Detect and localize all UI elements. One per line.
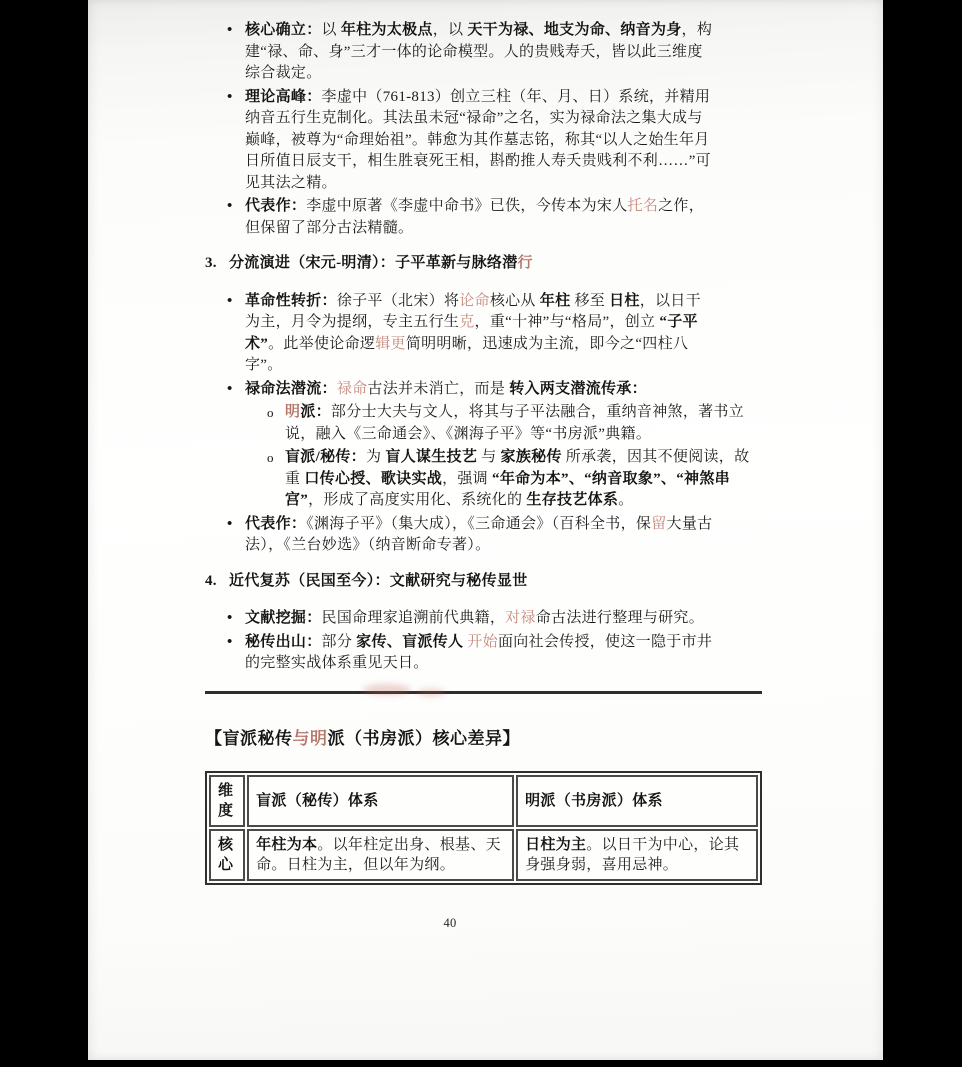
text-segment: 生存技艺体系 <box>526 492 618 508</box>
text-segment: 分流演进（宋元-明清）：子平革新与脉络潜 <box>229 255 518 271</box>
text-segment: 派（书房派）核心差异】 <box>328 729 521 748</box>
bullet-marker: • <box>227 87 245 195</box>
faded-watermark-text: 托名 <box>628 198 659 214</box>
bullet-text: 革命性转折：徐子平（北宋）将论命核心从 年柱 移至 日柱，以日干为主，月令为提纲… <box>245 291 714 377</box>
watermark-smudge <box>417 688 445 697</box>
section-number: 4. <box>205 571 229 593</box>
section-number: 3. <box>205 253 229 275</box>
bullet-item: •革命性转折：徐子平（北宋）将论命核心从 年柱 移至 日柱，以日干为主，月令为提… <box>227 291 714 377</box>
faded-watermark-text: 明 <box>285 404 300 420</box>
photo-background: •核心确立：以 年柱为太极点，以 天干为禄、地支为命、纳音为身，构建“禄、命、身… <box>0 0 962 1067</box>
bullet-marker: • <box>227 632 245 675</box>
text-segment: 【盲派秘传 <box>205 729 293 748</box>
comparison-heading: 【盲派秘传与明派（书房派）核心差异】 <box>205 728 762 750</box>
text-segment: 李虚中原著《李虚中命书》已佚，今传本为宋人 <box>306 198 627 214</box>
faded-watermark-text: 开始 <box>467 634 498 650</box>
table-header-cell: 明派（书房派）体系 <box>516 775 758 827</box>
text-segment: 命古法进行整理与研究。 <box>536 610 704 626</box>
faded-watermark-text: 留 <box>651 516 666 532</box>
text-segment: 口传心授、歌诀实战 <box>304 471 442 487</box>
section-title: 近代复苏（民国至今）：文献研究与秘传显世 <box>229 571 528 593</box>
table-dimension-cell: 核心 <box>209 829 245 881</box>
faded-watermark-text: 行 <box>518 255 533 271</box>
sub-bullet-marker: o <box>267 402 285 445</box>
section-heading: 3.分流演进（宋元-明清）：子平革新与脉络潜行 <box>205 253 762 275</box>
text-segment: 近代复苏（民国至今）：文献研究与秘传显世 <box>229 573 528 589</box>
comparison-table: 维度盲派（秘传）体系明派（书房派）体系核心年柱为本。以年柱定出身、根基、天命。日… <box>205 771 762 885</box>
text-segment: 核心从 <box>490 293 540 309</box>
bullet-item: •代表作：《渊海子平》（集大成），《三命通会》（百科全书，保留大量古法），《兰台… <box>227 514 714 557</box>
text-segment: ，重“十神”与“格局”，创立 <box>475 314 660 330</box>
text-segment: 为 <box>366 449 385 465</box>
faded-watermark-text: 对禄 <box>505 610 536 626</box>
text-segment: 天干为禄、地支为命、纳音为身 <box>467 22 681 38</box>
section-heading: 4.近代复苏（民国至今）：文献研究与秘传显世 <box>205 571 762 593</box>
text-segment: 家传、盲派传人 <box>356 634 463 650</box>
bullet-item: •禄命法潜流：禄命古法并未消亡，而是 转入两支潜流传承： <box>227 379 714 401</box>
text-segment: 盲人谋生技艺 <box>385 449 477 465</box>
document-content: •核心确立：以 年柱为太极点，以 天干为禄、地支为命、纳音为身，构建“禄、命、身… <box>205 0 762 935</box>
sub-bullet-item: o明派：部分士大夫与文人，将其与子平法融合，重纳音神煞，著书立说，融入《三命通会… <box>267 402 757 445</box>
bullet-marker: • <box>227 379 245 401</box>
text-segment: 。此举使论命逻 <box>268 336 375 352</box>
text-segment: 核心确立： <box>245 22 322 38</box>
faded-watermark-text: 克 <box>459 314 474 330</box>
faded-watermark-text: 辑更 <box>375 336 406 352</box>
text-segment: 。 <box>618 492 633 508</box>
document-page: •核心确立：以 年柱为太极点，以 天干为禄、地支为命、纳音为身，构建“禄、命、身… <box>88 0 883 1060</box>
bullet-marker: • <box>227 514 245 557</box>
table-cell: 日柱为主。以日干为中心，论其身强身弱，喜用忌神。 <box>516 829 758 881</box>
text-segment: 以 <box>322 22 341 38</box>
comparison-table-body: 维度盲派（秘传）体系明派（书房派）体系核心年柱为本。以年柱定出身、根基、天命。日… <box>209 775 758 881</box>
text-segment: 年柱为太极点 <box>341 22 433 38</box>
section-title: 分流演进（宋元-明清）：子平革新与脉络潜行 <box>229 253 533 275</box>
bullet-text: 明派：部分士大夫与文人，将其与子平法融合，重纳音神煞，著书立说，融入《三命通会》… <box>285 402 757 445</box>
text-segment: 年柱为本 <box>256 837 317 853</box>
bullet-text: 代表作：李虚中原著《李虚中命书》已佚，今传本为宋人托名之作，但保留了部分古法精髓… <box>245 196 714 239</box>
page-number: 40 <box>205 913 695 935</box>
faded-watermark-text: 与明 <box>293 729 328 748</box>
text-segment: 转入两支潜流传承： <box>509 381 647 397</box>
text-segment: 盲派/秘传： <box>285 449 366 465</box>
faded-watermark-text: 论命 <box>459 293 490 309</box>
sub-bullet-item: o盲派/秘传：为 盲人谋生技艺 与 家族秘传 所承袭，因其不便阅读，故重 口传心… <box>267 447 757 512</box>
bullet-text: 秘传出山：部分 家传、盲派传人 开始面向社会传授，使这一隐于市井的完整实战体系重… <box>245 632 714 675</box>
table-header-row: 维度盲派（秘传）体系明派（书房派）体系 <box>209 775 758 827</box>
text-segment: 年柱 <box>540 293 571 309</box>
table-header-cell: 盲派（秘传）体系 <box>247 775 514 827</box>
text-segment: 革命性转折： <box>245 293 337 309</box>
bullet-text: 代表作：《渊海子平》（集大成），《三命通会》（百科全书，保留大量古法），《兰台妙… <box>245 514 714 557</box>
table-cell: 年柱为本。以年柱定出身、根基、天命。日柱为主，但以年为纲。 <box>247 829 514 881</box>
bullet-marker: • <box>227 196 245 239</box>
bullet-marker: • <box>227 20 245 85</box>
text-segment: 移至 <box>570 293 609 309</box>
bullet-marker: • <box>227 608 245 630</box>
bullet-item: •理论高峰：李虚中（761-813）创立三柱（年、月、日）系统，并精用纳音五行生… <box>227 87 714 195</box>
text-segment: 与 <box>477 449 500 465</box>
bullet-text: 核心确立：以 年柱为太极点，以 天干为禄、地支为命、纳音为身，构建“禄、命、身”… <box>245 20 714 85</box>
text-segment: 代表作： <box>245 198 306 214</box>
text-segment: 家族秘传 <box>501 449 562 465</box>
text-segment: ，以 <box>433 22 468 38</box>
text-segment: 日柱为主 <box>525 837 586 853</box>
bullet-text: 盲派/秘传：为 盲人谋生技艺 与 家族秘传 所承袭，因其不便阅读，故重 口传心授… <box>285 447 757 512</box>
text-segment: 日柱 <box>609 293 640 309</box>
text-segment: ，强调 <box>442 471 492 487</box>
text-segment: 古法并未消亡，而是 <box>367 381 509 397</box>
bullet-item: •秘传出山：部分 家传、盲派传人 开始面向社会传授，使这一隐于市井的完整实战体系… <box>227 632 714 675</box>
text-segment: 部分士大夫与文人，将其与子平法融合，重纳音神煞，著书立说，融入《三命通会》、《渊… <box>285 404 744 442</box>
bullet-text: 禄命法潜流：禄命古法并未消亡，而是 转入两支潜流传承： <box>245 379 714 401</box>
faded-watermark-text: 禄命 <box>337 381 368 397</box>
text-segment: 禄命法潜流： <box>245 381 337 397</box>
sub-bullet-marker: o <box>267 447 285 512</box>
table-row: 核心年柱为本。以年柱定出身、根基、天命。日柱为主，但以年为纲。日柱为主。以日干为… <box>209 829 758 881</box>
text-segment: ，形成了高度实用化、系统化的 <box>308 492 526 508</box>
text-segment: 徐子平（北宋）将 <box>337 293 459 309</box>
text-segment: 部分 <box>322 634 357 650</box>
text-segment: 《渊海子平》（集大成），《三命通会》（百科全书，保 <box>306 516 651 532</box>
text-segment: 民国命理家追溯前代典籍， <box>322 610 506 626</box>
document-flow: •核心确立：以 年柱为太极点，以 天干为禄、地支为命、纳音为身，构建“禄、命、身… <box>205 20 762 749</box>
bullet-text: 文献挖掘：民国命理家追溯前代典籍，对禄命古法进行整理与研究。 <box>245 608 714 630</box>
bullet-text: 理论高峰：李虚中（761-813）创立三柱（年、月、日）系统，并精用纳音五行生克… <box>245 87 714 195</box>
text-segment: 派： <box>300 404 331 420</box>
text-segment: 秘传出山： <box>245 634 322 650</box>
horizontal-divider <box>205 691 762 694</box>
text-segment: 文献挖掘： <box>245 610 322 626</box>
bullet-marker: • <box>227 291 245 377</box>
bullet-item: •核心确立：以 年柱为太极点，以 天干为禄、地支为命、纳音为身，构建“禄、命、身… <box>227 20 714 85</box>
bullet-item: •文献挖掘：民国命理家追溯前代典籍，对禄命古法进行整理与研究。 <box>227 608 714 630</box>
text-segment: 代表作： <box>245 516 306 532</box>
text-segment: 理论高峰： <box>245 89 322 105</box>
watermark-smudge <box>363 684 411 695</box>
divider-line <box>205 691 762 694</box>
table-header-cell: 维度 <box>209 775 245 827</box>
bullet-item: •代表作：李虚中原著《李虚中命书》已佚，今传本为宋人托名之作，但保留了部分古法精… <box>227 196 714 239</box>
